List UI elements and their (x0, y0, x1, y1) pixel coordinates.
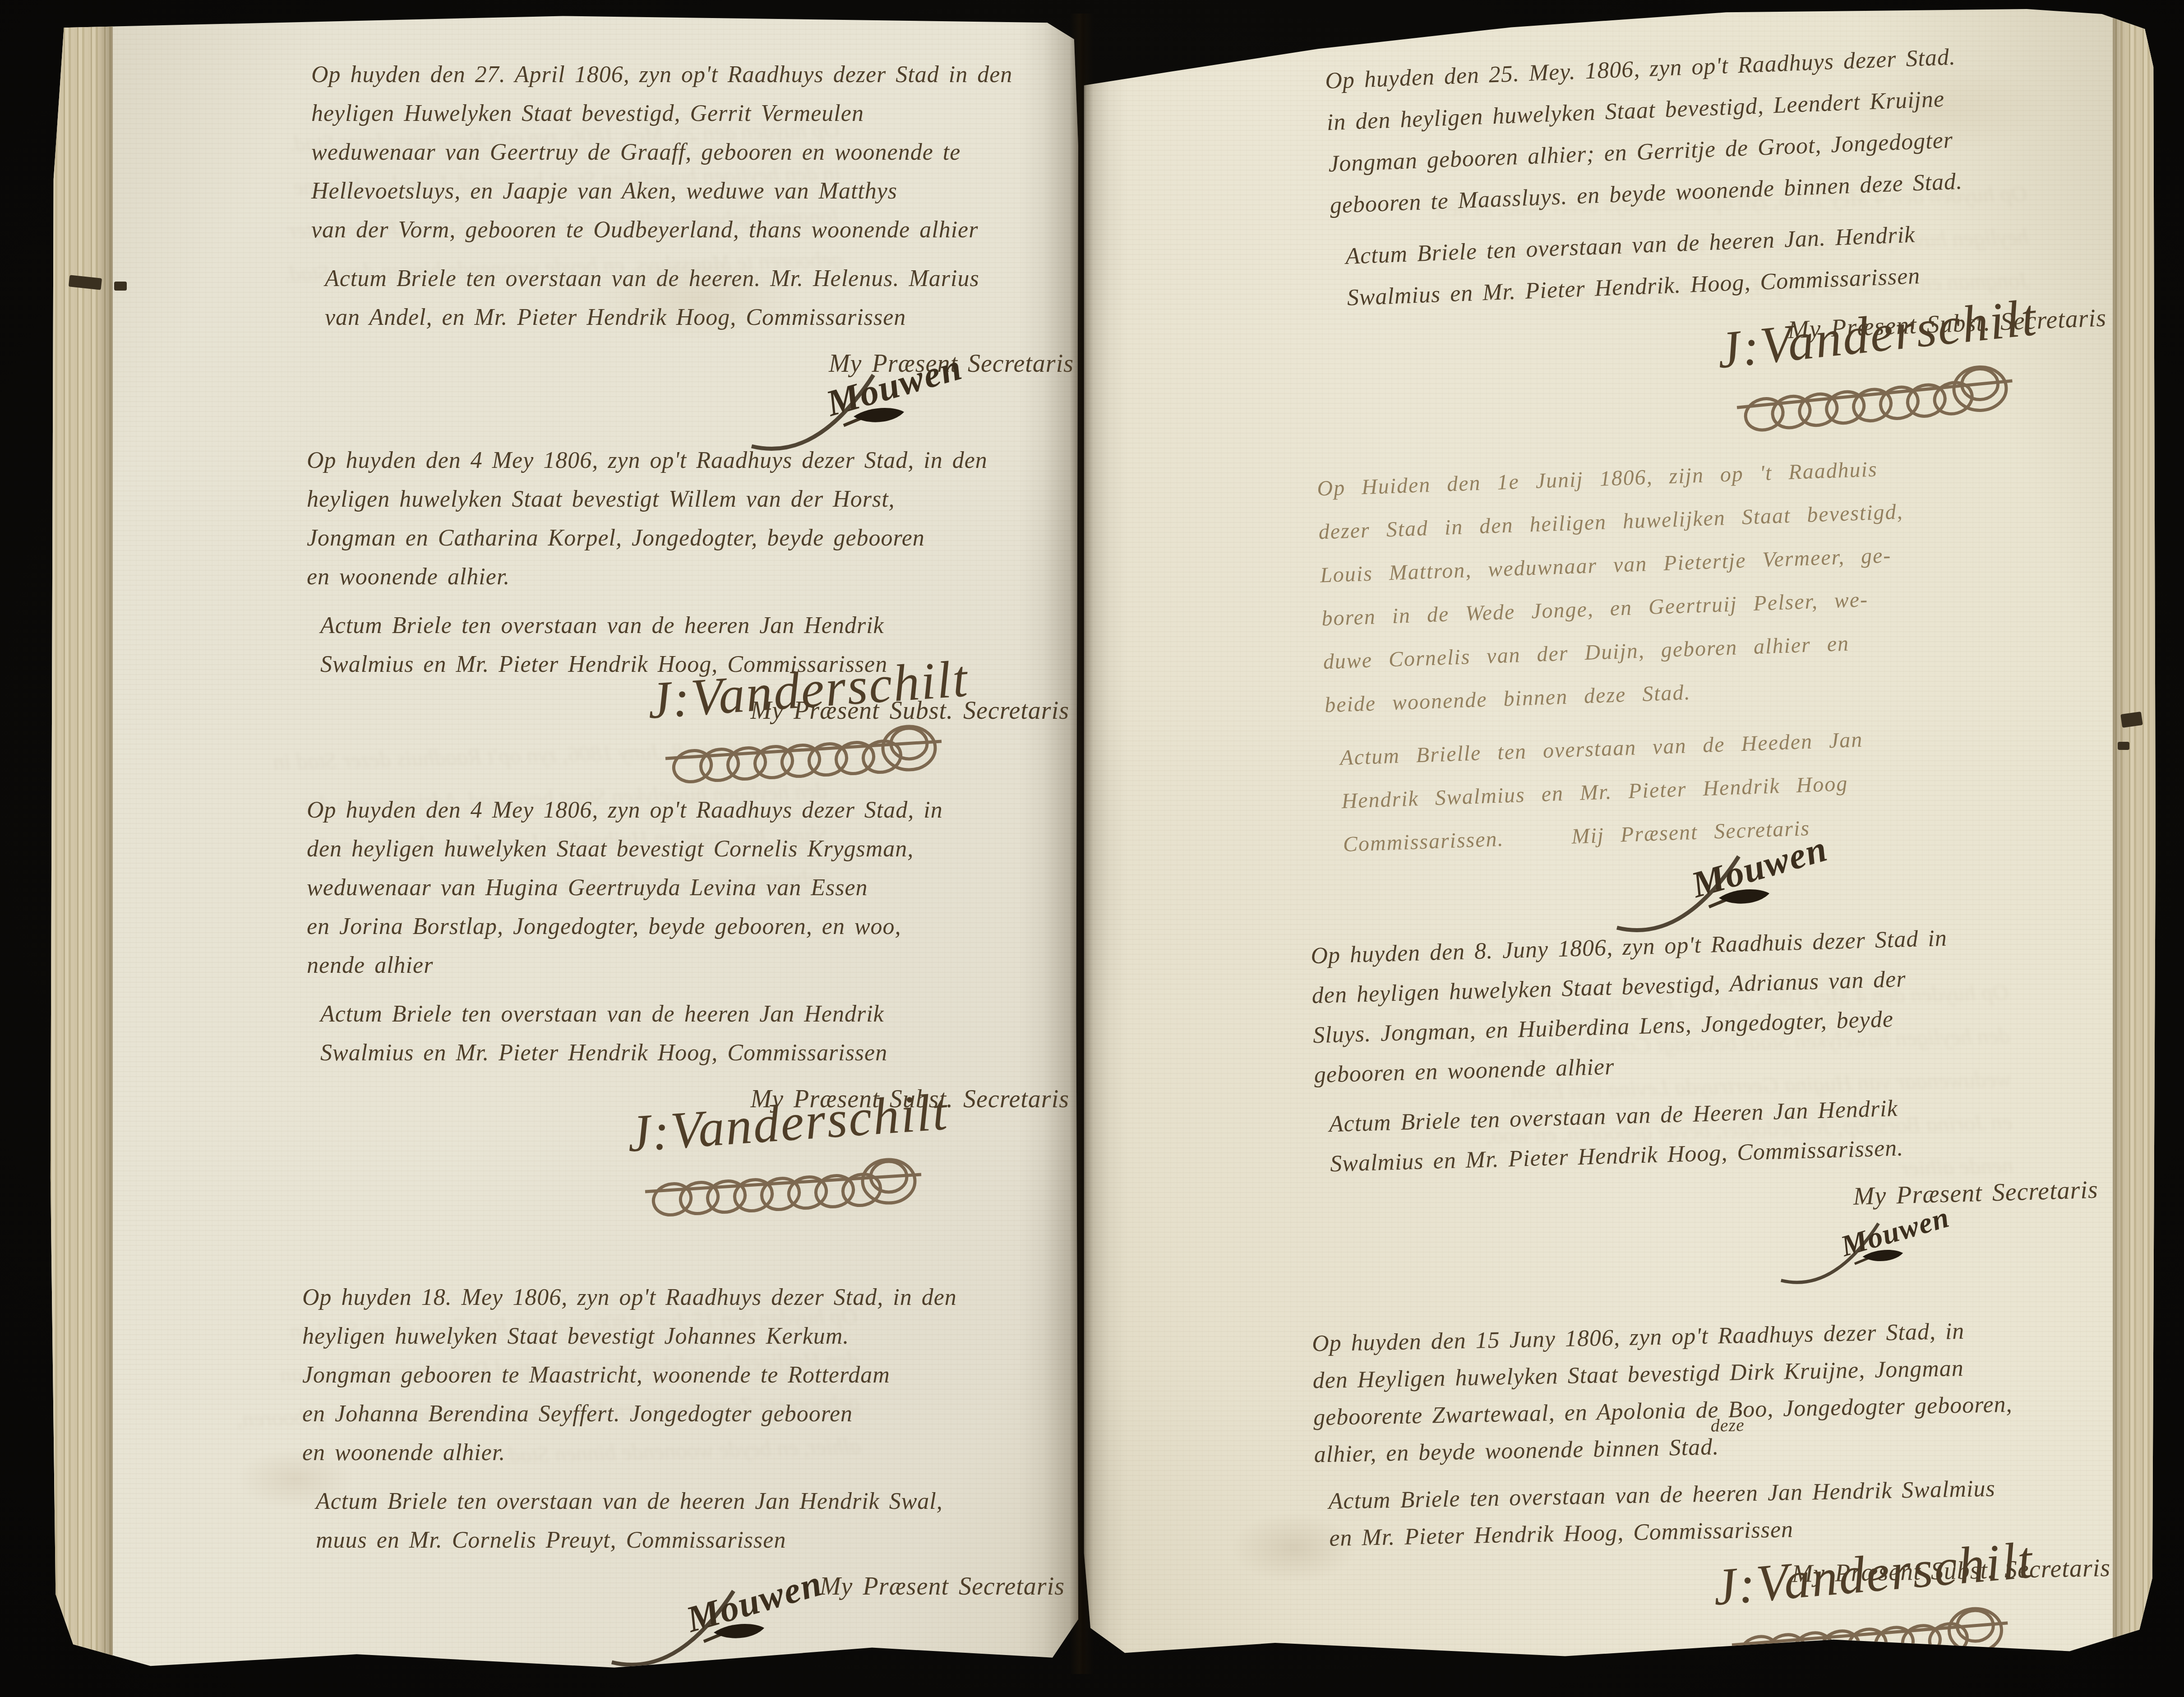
actum-clause: Actum Briele ten overstaan van de Heeren… (1329, 1082, 2129, 1184)
page-fore-edge (47, 13, 113, 1678)
entry-text: Op huyden den 27. April 1806, zyn op't R… (311, 55, 1105, 250)
signature-flourish-icon (645, 1156, 925, 1224)
text-line: weduwenaar van Geertruy de Graaff, geboo… (311, 133, 1105, 172)
edge-ink-mark (114, 282, 127, 291)
secretary-signature-vanderschilt: J:Vanderschilt (1712, 1540, 2148, 1696)
marriage-entry: Op huyden den 27. April 1806, zyn op't R… (311, 55, 1105, 383)
signature-flourish-icon (1732, 1605, 2013, 1678)
edge-ink-mark (2118, 742, 2129, 750)
actum-clause: Actum Briele ten overstaan van de heeren… (325, 259, 1105, 337)
actum-clause: Actum Briele ten overstaan van de heeren… (320, 995, 1101, 1073)
entry-text: Op Huiden den 1e Junij 1806, zijn op 't … (1316, 440, 2110, 727)
secretary-signature-mouwen: Mouwen (1779, 1202, 2010, 1296)
text-line: Jongman gebooren te Maastricht, woonende… (302, 1356, 1096, 1395)
text-line: Jongman en Catharina Korpel, Jongedogter… (307, 519, 1101, 558)
text-line: heyligen Huwelyken Staat bevestigd, Gerr… (311, 94, 1105, 133)
entry-text: Op huyden 18. Mey 1806, zyn op't Raadhuy… (302, 1278, 1096, 1472)
left-page: Op huyden den 25. Mey. 1806, zyn op't Ra… (47, 13, 1078, 1678)
manuscript-scan: Op huyden den 25. Mey. 1806, zyn op't Ra… (0, 0, 2184, 1697)
text-line: en woonende alhier. (302, 1433, 1096, 1472)
secretary-signature-vanderschilt: J:Vanderschilt (1716, 295, 2154, 458)
text-line: Op huyden 18. Mey 1806, zyn op't Raadhuy… (302, 1278, 1096, 1317)
text-line: heyligen huwelyken Staat bevestigt Johan… (302, 1317, 1096, 1356)
text-line: muus en Mr. Cornelis Preuyt, Commissaris… (316, 1521, 1096, 1560)
text-line: Hellevoetsluys, en Jaapje van Aken, wedu… (311, 172, 1105, 211)
text-line: en Johanna Berendina Seyffert. Jongedogt… (302, 1395, 1096, 1433)
signature-name: J:Vanderschilt (646, 649, 970, 731)
text-line: heyligen huwelyken Staat bevestigt Wille… (307, 480, 1101, 519)
text-line: Op huyden den 27. April 1806, zyn op't R… (311, 55, 1105, 94)
secretary-signature-mouwen: Mouwen (1614, 830, 1903, 948)
text-line: Actum Briele ten overstaan van de heeren… (316, 1482, 1096, 1521)
text-line: Actum Briele ten overstaan van de heeren… (320, 606, 1101, 645)
text-line: Swalmius en Mr. Pieter Hendrik Hoog, Com… (320, 1034, 1101, 1073)
entry-text: Op huyden den 25. Mey. 1806, zyn op't Ra… (1325, 30, 2133, 227)
text-line: den heyligen huwelyken Staat bevestigt C… (307, 830, 1101, 869)
signature-name: J:Vanderschilt (625, 1082, 950, 1164)
signature-flourish-icon (665, 723, 945, 791)
actum-clause: Actum Briele ten overstaan van de heeren… (316, 1482, 1096, 1560)
secretary-signature-mouwen: Mouwen (609, 1565, 898, 1682)
text-line: van der Vorm, gebooren te Oudbeyerland, … (311, 211, 1105, 250)
text-line: van Andel, en Mr. Pieter Hendrik Hoog, C… (325, 298, 1105, 337)
book-gutter (1070, 14, 1094, 1674)
marriage-entry: Op huyden den 4 Mey 1806, zyn op't Raadh… (307, 791, 1101, 1119)
marriage-entry: Op huyden 18. Mey 1806, zyn op't Raadhuy… (302, 1278, 1096, 1606)
text-line: en woonende alhier. (307, 558, 1101, 596)
entry-text: Op huyden den 15 Juny 1806, zyn op't Raa… (1311, 1309, 2140, 1473)
text-line: Actum Briele ten overstaan van de heeren… (325, 259, 1105, 298)
text-line: Actum Briele ten overstaan van de heeren… (320, 995, 1101, 1034)
secretary-signature-vanderschilt: J:Vanderschilt (647, 660, 1080, 809)
marriage-entry: Op huyden den 8. Juny 1806, zyn op't Raa… (1310, 914, 2130, 1231)
interlinear-insertion: deze (1710, 1406, 1745, 1444)
secretary-signature-vanderschilt: J:Vanderschilt (627, 1093, 1060, 1242)
entry-text: Op huyden den 4 Mey 1806, zyn op't Raadh… (307, 791, 1101, 985)
marriage-entry: Op Huiden den 1e Junij 1806, zijn op 't … (1316, 440, 2115, 874)
text-line: weduwenaar van Hugina Geertruyda Levina … (307, 869, 1101, 907)
edge-ink-mark (2120, 712, 2143, 728)
secretary-signature-mouwen: Mouwen (749, 349, 1038, 466)
signature-flourish-icon (1736, 363, 2018, 440)
right-page: Op huyden den 4 Mey 1806, zyn op't Raadh… (1082, 9, 2156, 1669)
text-line: en Jorina Borstlap, Jongedogter, beyde g… (307, 907, 1101, 946)
text-line: nende alhier (307, 946, 1101, 985)
